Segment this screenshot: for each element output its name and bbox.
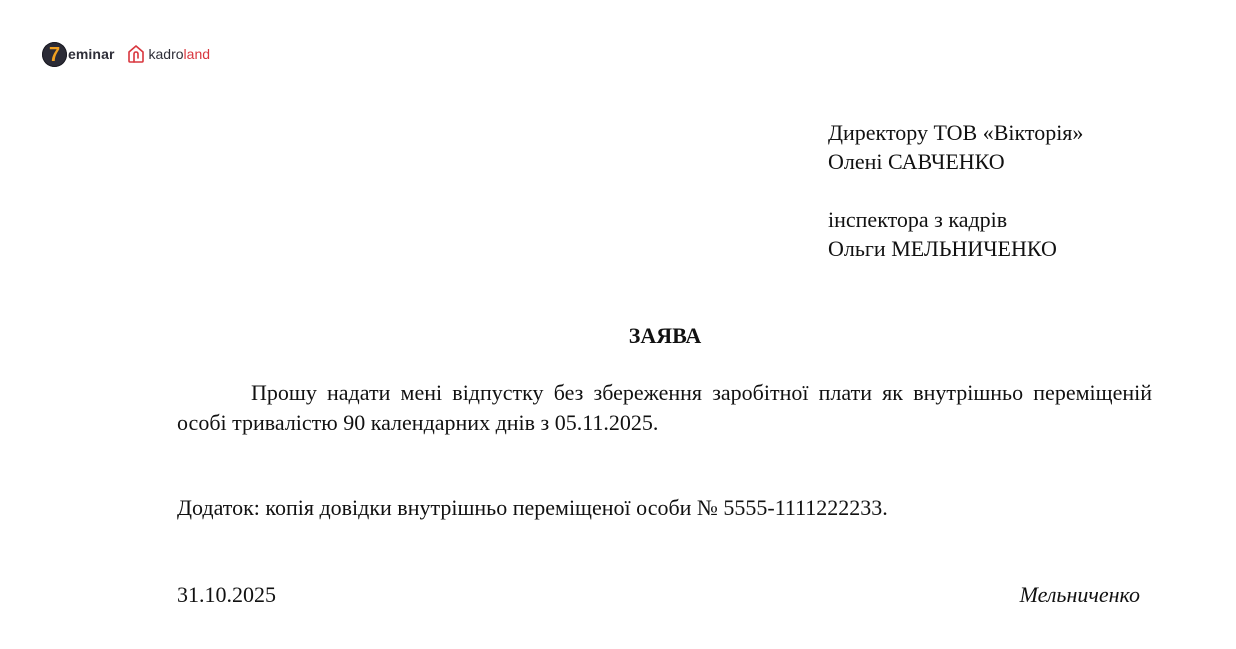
addressee-spacer <box>828 176 1083 205</box>
document-body: Прошу надати мені відпустку без збережен… <box>177 378 1152 438</box>
addressee-recipient-position: Директору ТОВ «Вікторія» <box>828 118 1083 147</box>
kadroland-text-main: kadro <box>149 46 184 62</box>
seven-badge-icon: 7 <box>42 42 67 67</box>
document-title: ЗАЯВА <box>0 321 1236 350</box>
document-appendix: Додаток: копія довідки внутрішньо перемі… <box>177 493 888 522</box>
document-signature: Мельниченко <box>1020 580 1140 609</box>
addressee-sender-name: Ольги МЕЛЬНИЧЕНКО <box>828 234 1083 263</box>
addressee-block: Директору ТОВ «Вікторія» Олені САВЧЕНКО … <box>828 118 1083 263</box>
kadroland-text-accent: land <box>184 46 210 62</box>
seminar-logo: 7 eminar <box>42 42 115 67</box>
document-date: 31.10.2025 <box>177 580 276 609</box>
kadroland-logo-text: kadroland <box>149 46 211 62</box>
house-icon <box>127 44 145 64</box>
addressee-sender-position: інспектора з кадрів <box>828 205 1083 234</box>
kadroland-logo: kadroland <box>127 44 211 64</box>
seven-glyph: 7 <box>49 45 60 65</box>
header-logos: 7 eminar kadroland <box>42 40 210 68</box>
addressee-recipient-name: Олені САВЧЕНКО <box>828 147 1083 176</box>
seminar-logo-text: eminar <box>68 46 115 62</box>
